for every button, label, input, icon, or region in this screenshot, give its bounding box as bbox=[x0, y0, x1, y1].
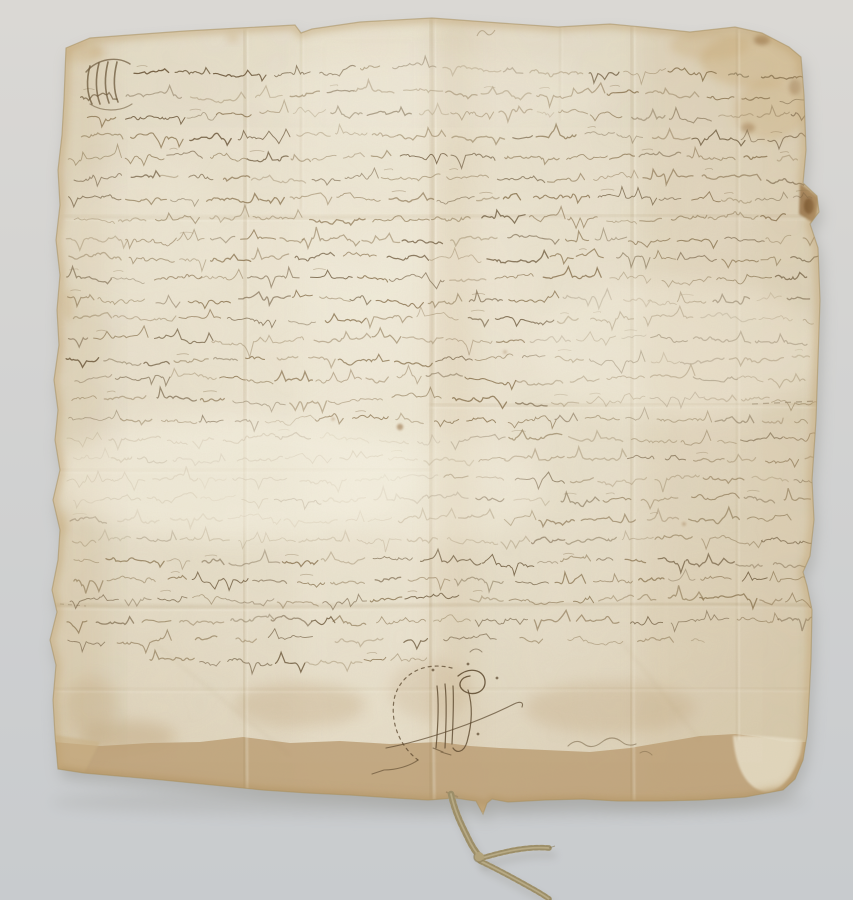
parchment-document-photo bbox=[0, 0, 853, 900]
photo-backdrop bbox=[0, 0, 853, 900]
vellum-grain-texture bbox=[40, 8, 830, 820]
parchment-sheet bbox=[40, 8, 830, 820]
